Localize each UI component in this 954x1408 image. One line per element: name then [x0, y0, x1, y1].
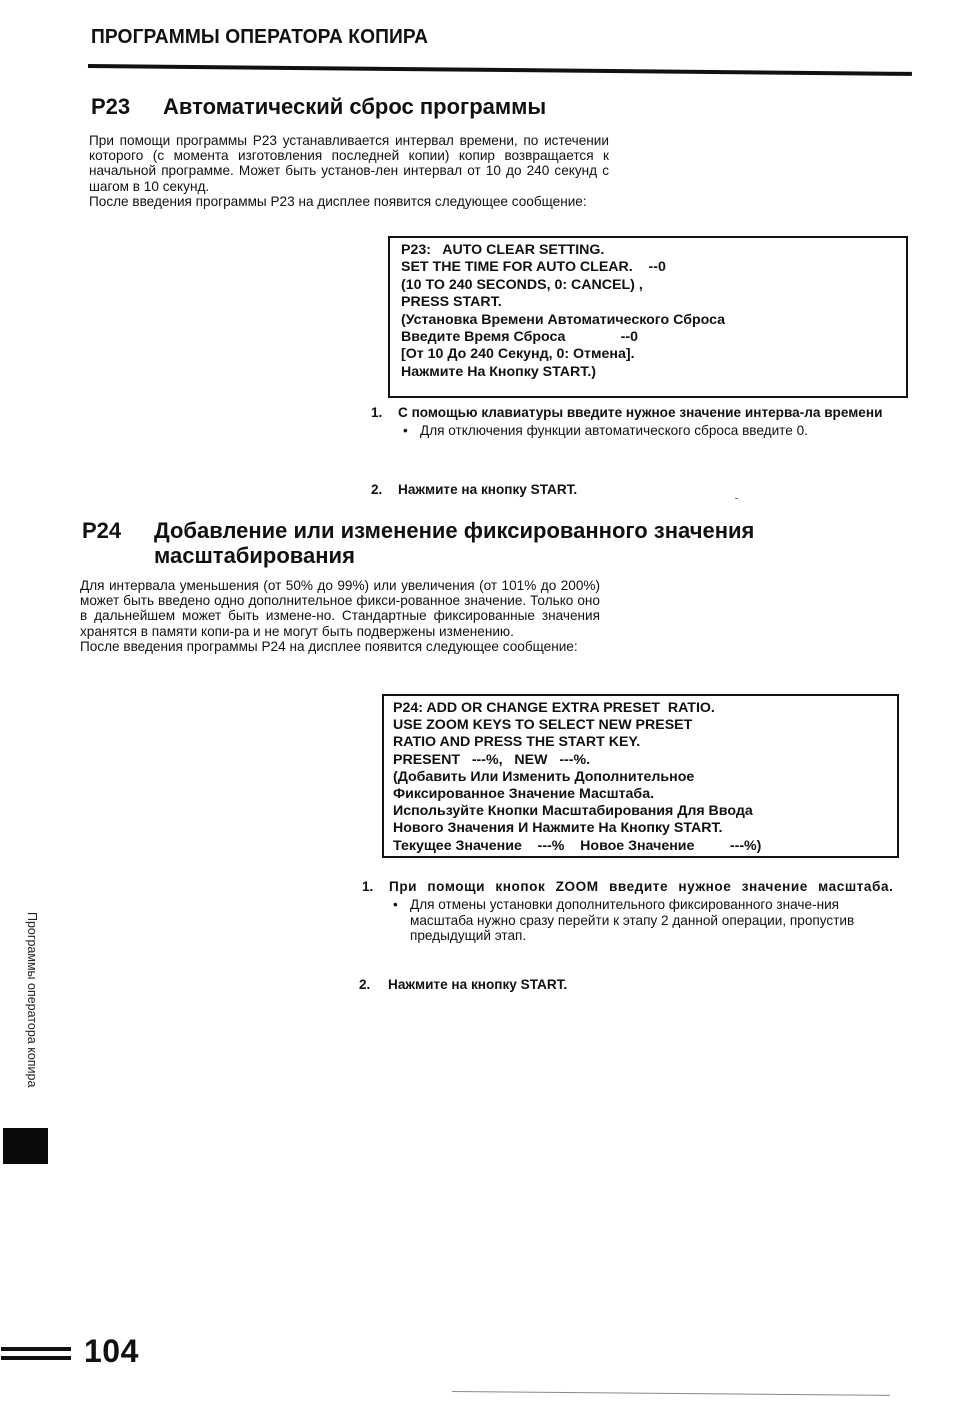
paragraph: При помощи программы P23 устанавливается… [89, 133, 609, 194]
section-p24-body: Для интервала уменьшения (от 50% до 99%)… [80, 578, 600, 654]
section-heading-continued: масштабирования [82, 543, 754, 568]
section-number: P24 [82, 518, 154, 543]
running-head: ПРОГРАММЫ ОПЕРАТОРА КОПИРА [91, 26, 428, 49]
display-line: P24: ADD OR CHANGE EXTRA PRESET RATIO. [393, 700, 887, 717]
step-instruction: Нажмите на кнопку START. [398, 482, 908, 498]
page-number-bars [1, 1347, 71, 1365]
step-note: • Для отключения функции автоматического… [420, 423, 908, 439]
side-chapter-label: Программы оператора копира [25, 912, 39, 1087]
display-line: Фиксированное Значение Масштаба. [393, 786, 887, 803]
note-text: Для отключения функции автоматического с… [420, 423, 808, 438]
display-message-p23: P23: AUTO CLEAR SETTING.SET THE TIME FOR… [388, 236, 908, 398]
step-number: 1. [362, 879, 373, 894]
display-line: (Установка Времени Автоматического Сброс… [401, 312, 896, 329]
step-1: 1. При помощи кнопок ZOOM введите нужное… [362, 879, 900, 944]
section-heading: Добавление или изменение фиксированного … [154, 518, 754, 543]
display-line: Введите Время Сброса --0 [401, 329, 896, 346]
display-line: Текущее Значение ---% Новое Значение ---… [393, 838, 887, 855]
chapter-tab-marker [3, 1128, 48, 1164]
display-line: Нажмите На Кнопку START.) [401, 364, 896, 381]
page-number: 104 [84, 1333, 139, 1370]
step-number: 1. [371, 405, 382, 420]
step-1: 1. С помощью клавиатуры введите нужное з… [371, 405, 908, 439]
scan-artifact [735, 498, 738, 499]
step-instruction: Нажмите на кнопку START. [388, 977, 897, 993]
paragraph: Для интервала уменьшения (от 50% до 99%)… [80, 578, 600, 639]
step-2: 2. Нажмите на кнопку START. [359, 977, 897, 993]
step-number: 2. [371, 482, 382, 497]
display-message-p24: P24: ADD OR CHANGE EXTRA PRESET RATIO.US… [382, 694, 899, 858]
display-line: RATIO AND PRESS THE START KEY. [393, 734, 887, 751]
step-2: 2. Нажмите на кнопку START. [371, 482, 908, 498]
paragraph: После введения программы P23 на дисплее … [89, 194, 609, 209]
note-text: Для отмены установки дополнительного фик… [410, 897, 854, 943]
paragraph: После введения программы P24 на дисплее … [80, 639, 600, 654]
display-line: SET THE TIME FOR AUTO CLEAR. --0 [401, 259, 896, 276]
step-instruction: При помощи кнопок ZOOM введите нужное зн… [389, 879, 900, 895]
display-line: Нового Значения И Нажмите На Кнопку STAR… [393, 820, 887, 837]
display-line: P23: AUTO CLEAR SETTING. [401, 242, 896, 259]
display-line: USE ZOOM KEYS TO SELECT NEW PRESET [393, 717, 887, 734]
display-line: (Добавить Или Изменить Дополнительное [393, 769, 887, 786]
scan-artifact-line [452, 1391, 890, 1396]
display-line: [От 10 До 240 Секунд, 0: Отмена]. [401, 346, 896, 363]
display-line: PRESS START. [401, 294, 896, 311]
section-number: P23 [91, 94, 163, 119]
step-number: 2. [359, 977, 370, 992]
section-p23-body: При помощи программы P23 устанавливается… [89, 133, 609, 209]
section-heading: Автоматический сброс программы [163, 94, 546, 119]
section-p24-title: P24Добавление или изменение фиксированно… [82, 518, 754, 568]
section-p23-title: P23Автоматический сброс программы [91, 94, 546, 119]
display-line: (10 TO 240 SECONDS, 0: CANCEL) , [401, 277, 896, 294]
display-line: Используйте Кнопки Масштабирования Для В… [393, 803, 887, 820]
step-note: • Для отмены установки дополнительного ф… [410, 897, 900, 944]
bullet-icon: • [403, 423, 408, 439]
bullet-icon: • [393, 897, 398, 913]
display-line: PRESENT ---%, NEW ---%. [393, 752, 887, 769]
step-instruction: С помощью клавиатуры введите нужное знач… [398, 405, 908, 421]
header-rule [88, 64, 912, 76]
